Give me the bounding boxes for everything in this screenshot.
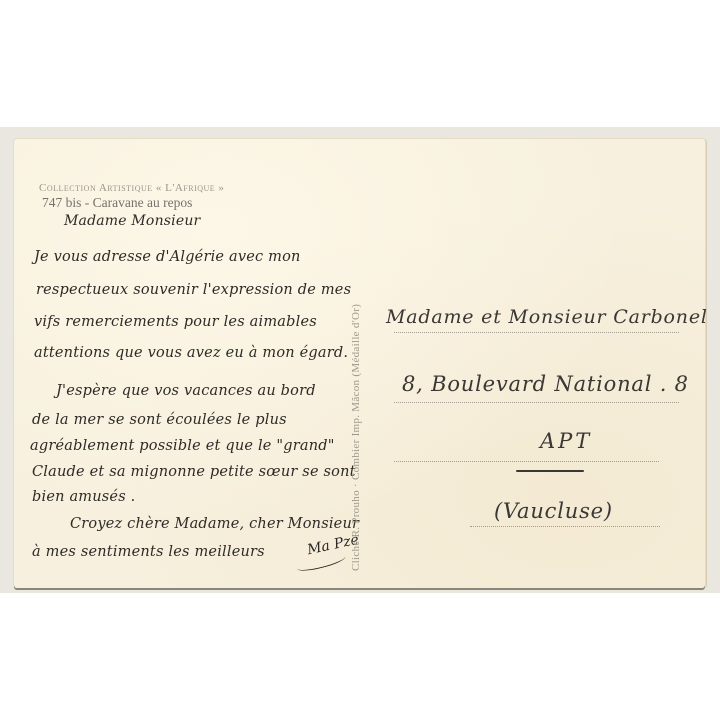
message-line: respectueux souvenir l'expression de mes: [36, 282, 351, 298]
address-recipient: Madame et Monsieur Carbonel: [386, 306, 708, 328]
message-line: Je vous adresse d'Algérie avec mon: [34, 249, 301, 265]
message-line: agréablement possible et que le "grand": [30, 438, 335, 454]
address-line-3: [394, 461, 659, 462]
address-street: 8, Boulevard National . 8: [402, 372, 689, 396]
message-line: Claude et sa mignonne petite sœur se son…: [32, 464, 356, 480]
address-line-2: [394, 402, 679, 403]
printer-credit: Cliché R. Prouho · Combier Imp. Mâcon (M…: [350, 304, 362, 571]
address-region: (Vaucluse): [494, 499, 613, 523]
card-caption: 747 bis - Caravane au repos: [42, 195, 192, 211]
address-city: APT: [540, 429, 592, 453]
message-line: à mes sentiments les meilleurs: [32, 544, 265, 560]
city-underline: [516, 470, 584, 472]
message-line: attentions que vous avez eu à mon égard.: [34, 345, 348, 361]
address-line-4: [470, 526, 660, 527]
message-line: Croyez chère Madame, cher Monsieur: [70, 516, 359, 532]
collection-title: Collection Artistique « L'Afrique »: [39, 182, 224, 194]
address-line-1: [394, 332, 679, 333]
postcard-back: Collection Artistique « L'Afrique » 747 …: [14, 139, 705, 588]
salutation: Madame Monsieur: [64, 213, 200, 229]
message-line: bien amusés .: [32, 489, 135, 505]
message-line: vifs remerciements pour les aimables: [34, 314, 317, 330]
message-line: J'espère que vos vacances au bord: [56, 383, 316, 399]
message-line: de la mer se sont écoulées le plus: [32, 412, 287, 428]
